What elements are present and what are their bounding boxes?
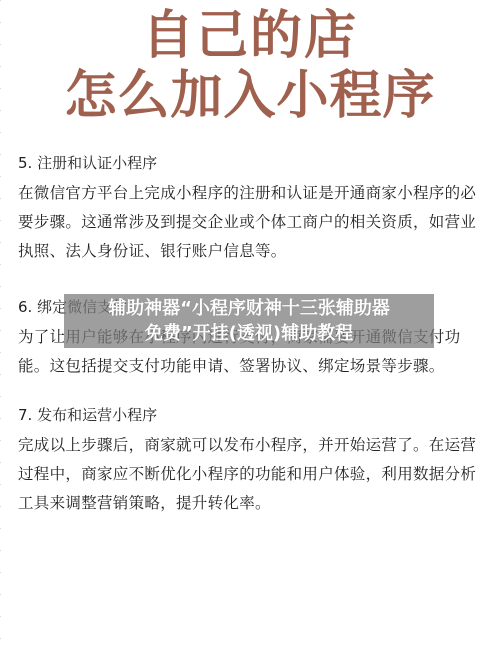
title-line-1: 自己的店: [0, 6, 500, 66]
section-body: 完成以上步骤后，商家就可以发布小程序，并开始运营了。在运营过程中，商家应不断优化…: [18, 431, 488, 518]
section-register-verify: 5. 注册和认证小程序 在微信官方平台上完成小程序的注册和认证是开通商家小程序的…: [18, 153, 488, 266]
watermark-overlay-banner: 辅助神器“小程序财神十三张辅助器 免费”开挂(透视)辅助教程: [64, 294, 434, 348]
section-heading: 5. 注册和认证小程序: [18, 153, 488, 173]
section-publish-operate: 7. 发布和运营小程序 完成以上步骤后，商家就可以发布小程序，并开始运营了。在运…: [18, 405, 488, 518]
overlay-line-1: 辅助神器“小程序财神十三张辅助器: [64, 296, 434, 321]
section-heading: 7. 发布和运营小程序: [18, 405, 488, 425]
title-line-2: 怎么加入小程序: [0, 66, 500, 126]
section-body: 在微信官方平台上完成小程序的注册和认证是开通商家小程序的必要步骤。这通常涉及到提…: [18, 179, 488, 266]
overlay-line-2: 免费”开挂(透视)辅助教程: [64, 321, 434, 346]
